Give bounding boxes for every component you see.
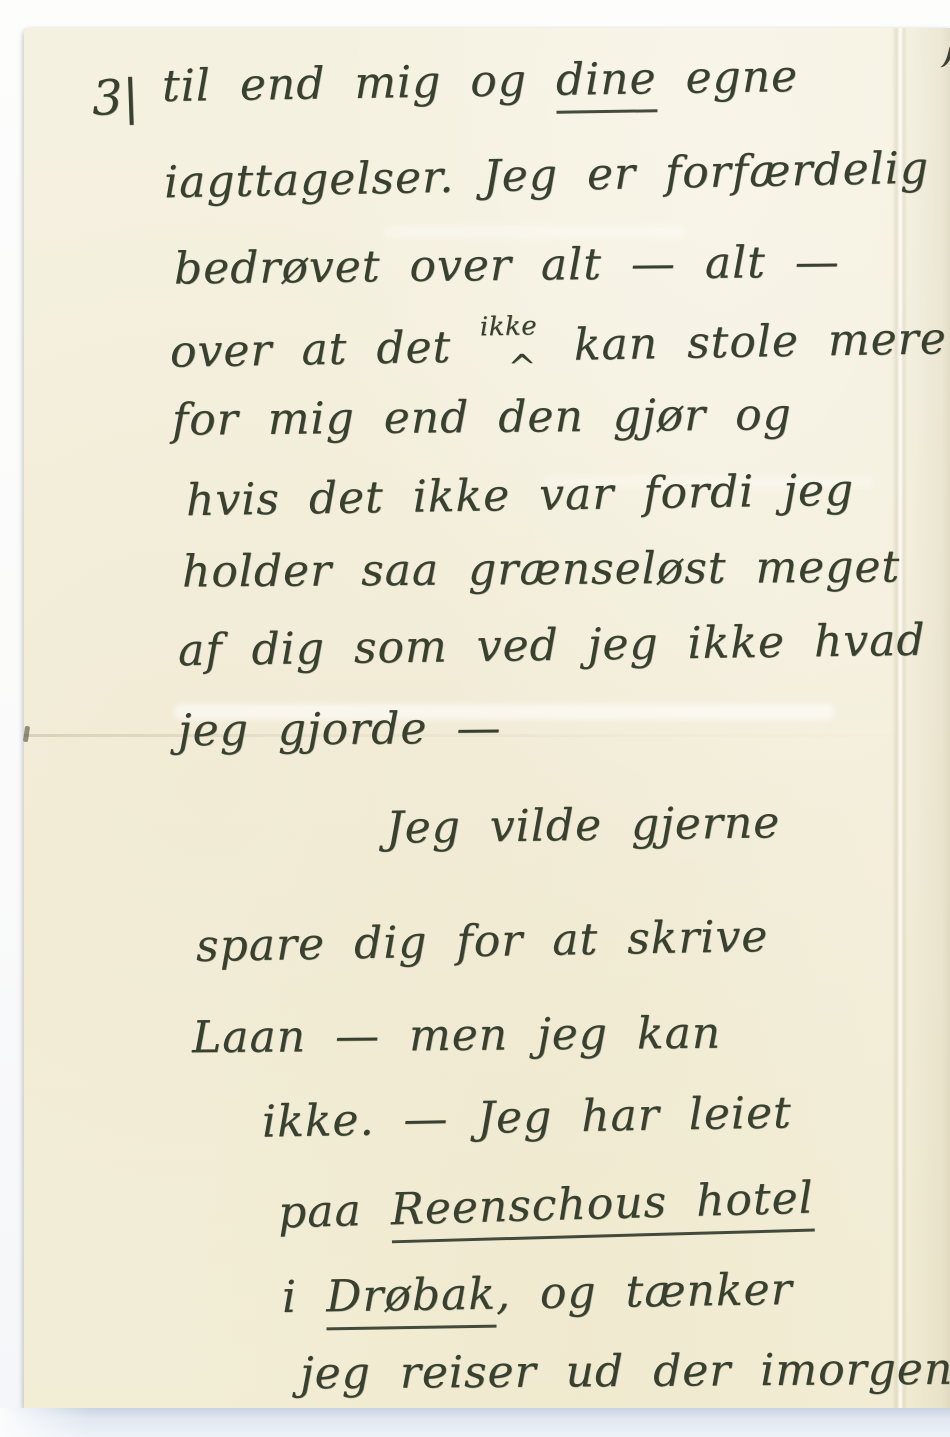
handwritten-line: hvis det ikke var fordi jeg bbox=[186, 465, 855, 526]
handwritten-line: til end mig og dine egne bbox=[162, 51, 799, 112]
letter-paper-sheet: 3| til end mig og dine egneiagttagelser.… bbox=[24, 28, 950, 1410]
word-run: Jeg vilde gjerne bbox=[386, 797, 781, 854]
word-run: til end mig og bbox=[162, 55, 557, 112]
word-run: kan stole mere bbox=[544, 313, 947, 371]
scanned-letter-page: 3| til end mig og dine egneiagttagelser.… bbox=[0, 0, 950, 1437]
word-run: af dig som ved jeg ikke hvad bbox=[178, 615, 926, 676]
handwritten-line: iagttagelser. Jeg er forfærdelig bbox=[164, 143, 930, 209]
handwritten-line: for mig end den gjør og bbox=[172, 389, 792, 445]
word-run: for mig end den gjør og bbox=[172, 389, 792, 445]
word-run: i bbox=[282, 1271, 327, 1323]
word-run: over at det bbox=[170, 321, 481, 377]
handwritten-line: jeg gjorde — bbox=[178, 703, 502, 757]
word-run: , og tænker bbox=[496, 1264, 793, 1320]
word-run: jeg reiser ud der imorgen. bbox=[300, 1344, 950, 1400]
handwriting-lines: til end mig og dine egneiagttagelser. Je… bbox=[24, 28, 950, 1410]
handwritten-line: i Drøbak, og tænker bbox=[282, 1264, 793, 1323]
handwritten-line: bedrøvet over alt — alt — bbox=[174, 237, 840, 295]
word-run: egne bbox=[656, 51, 798, 104]
handwritten-line: spare dig for at skrive bbox=[196, 911, 769, 972]
word-run: jeg gjorde — bbox=[178, 703, 502, 757]
word-run: iagttagelser. Jeg er forfærdelig bbox=[164, 143, 930, 209]
insertion-caret: ^ bbox=[507, 347, 537, 388]
word-run: paa bbox=[277, 1184, 391, 1238]
word-run: holder saa grænseløst meget bbox=[182, 541, 900, 597]
word-run: hvis det ikke var fordi jeg bbox=[186, 465, 855, 526]
scanner-background-strip bbox=[0, 1408, 950, 1437]
handwritten-line: jeg reiser ud der imorgen. bbox=[300, 1344, 950, 1400]
handwritten-line: over at det ikke^ kan stole mere bbox=[170, 313, 948, 378]
handwritten-line: holder saa grænseløst meget bbox=[182, 541, 900, 597]
underlined-word: Reenschous hotel bbox=[390, 1173, 815, 1244]
handwritten-line: Jeg vilde gjerne bbox=[386, 797, 781, 854]
handwritten-line: Laan — men jeg kan bbox=[192, 1008, 722, 1064]
inserted-word-above-line: ikke bbox=[480, 311, 538, 342]
word-run: ikke. — Jeg har leiet bbox=[262, 1087, 793, 1147]
handwritten-line: paa Reenschous hotel bbox=[277, 1173, 814, 1239]
underlined-word: Drøbak bbox=[326, 1269, 497, 1331]
word-run: Laan — men jeg kan bbox=[192, 1008, 722, 1064]
word-run: spare dig for at skrive bbox=[196, 911, 769, 972]
handwritten-line: ikke. — Jeg har leiet bbox=[262, 1087, 793, 1147]
underlined-word: dine bbox=[556, 53, 658, 114]
handwritten-line: af dig som ved jeg ikke hvad bbox=[178, 615, 926, 676]
word-run: bedrøvet over alt — alt — bbox=[174, 237, 840, 295]
